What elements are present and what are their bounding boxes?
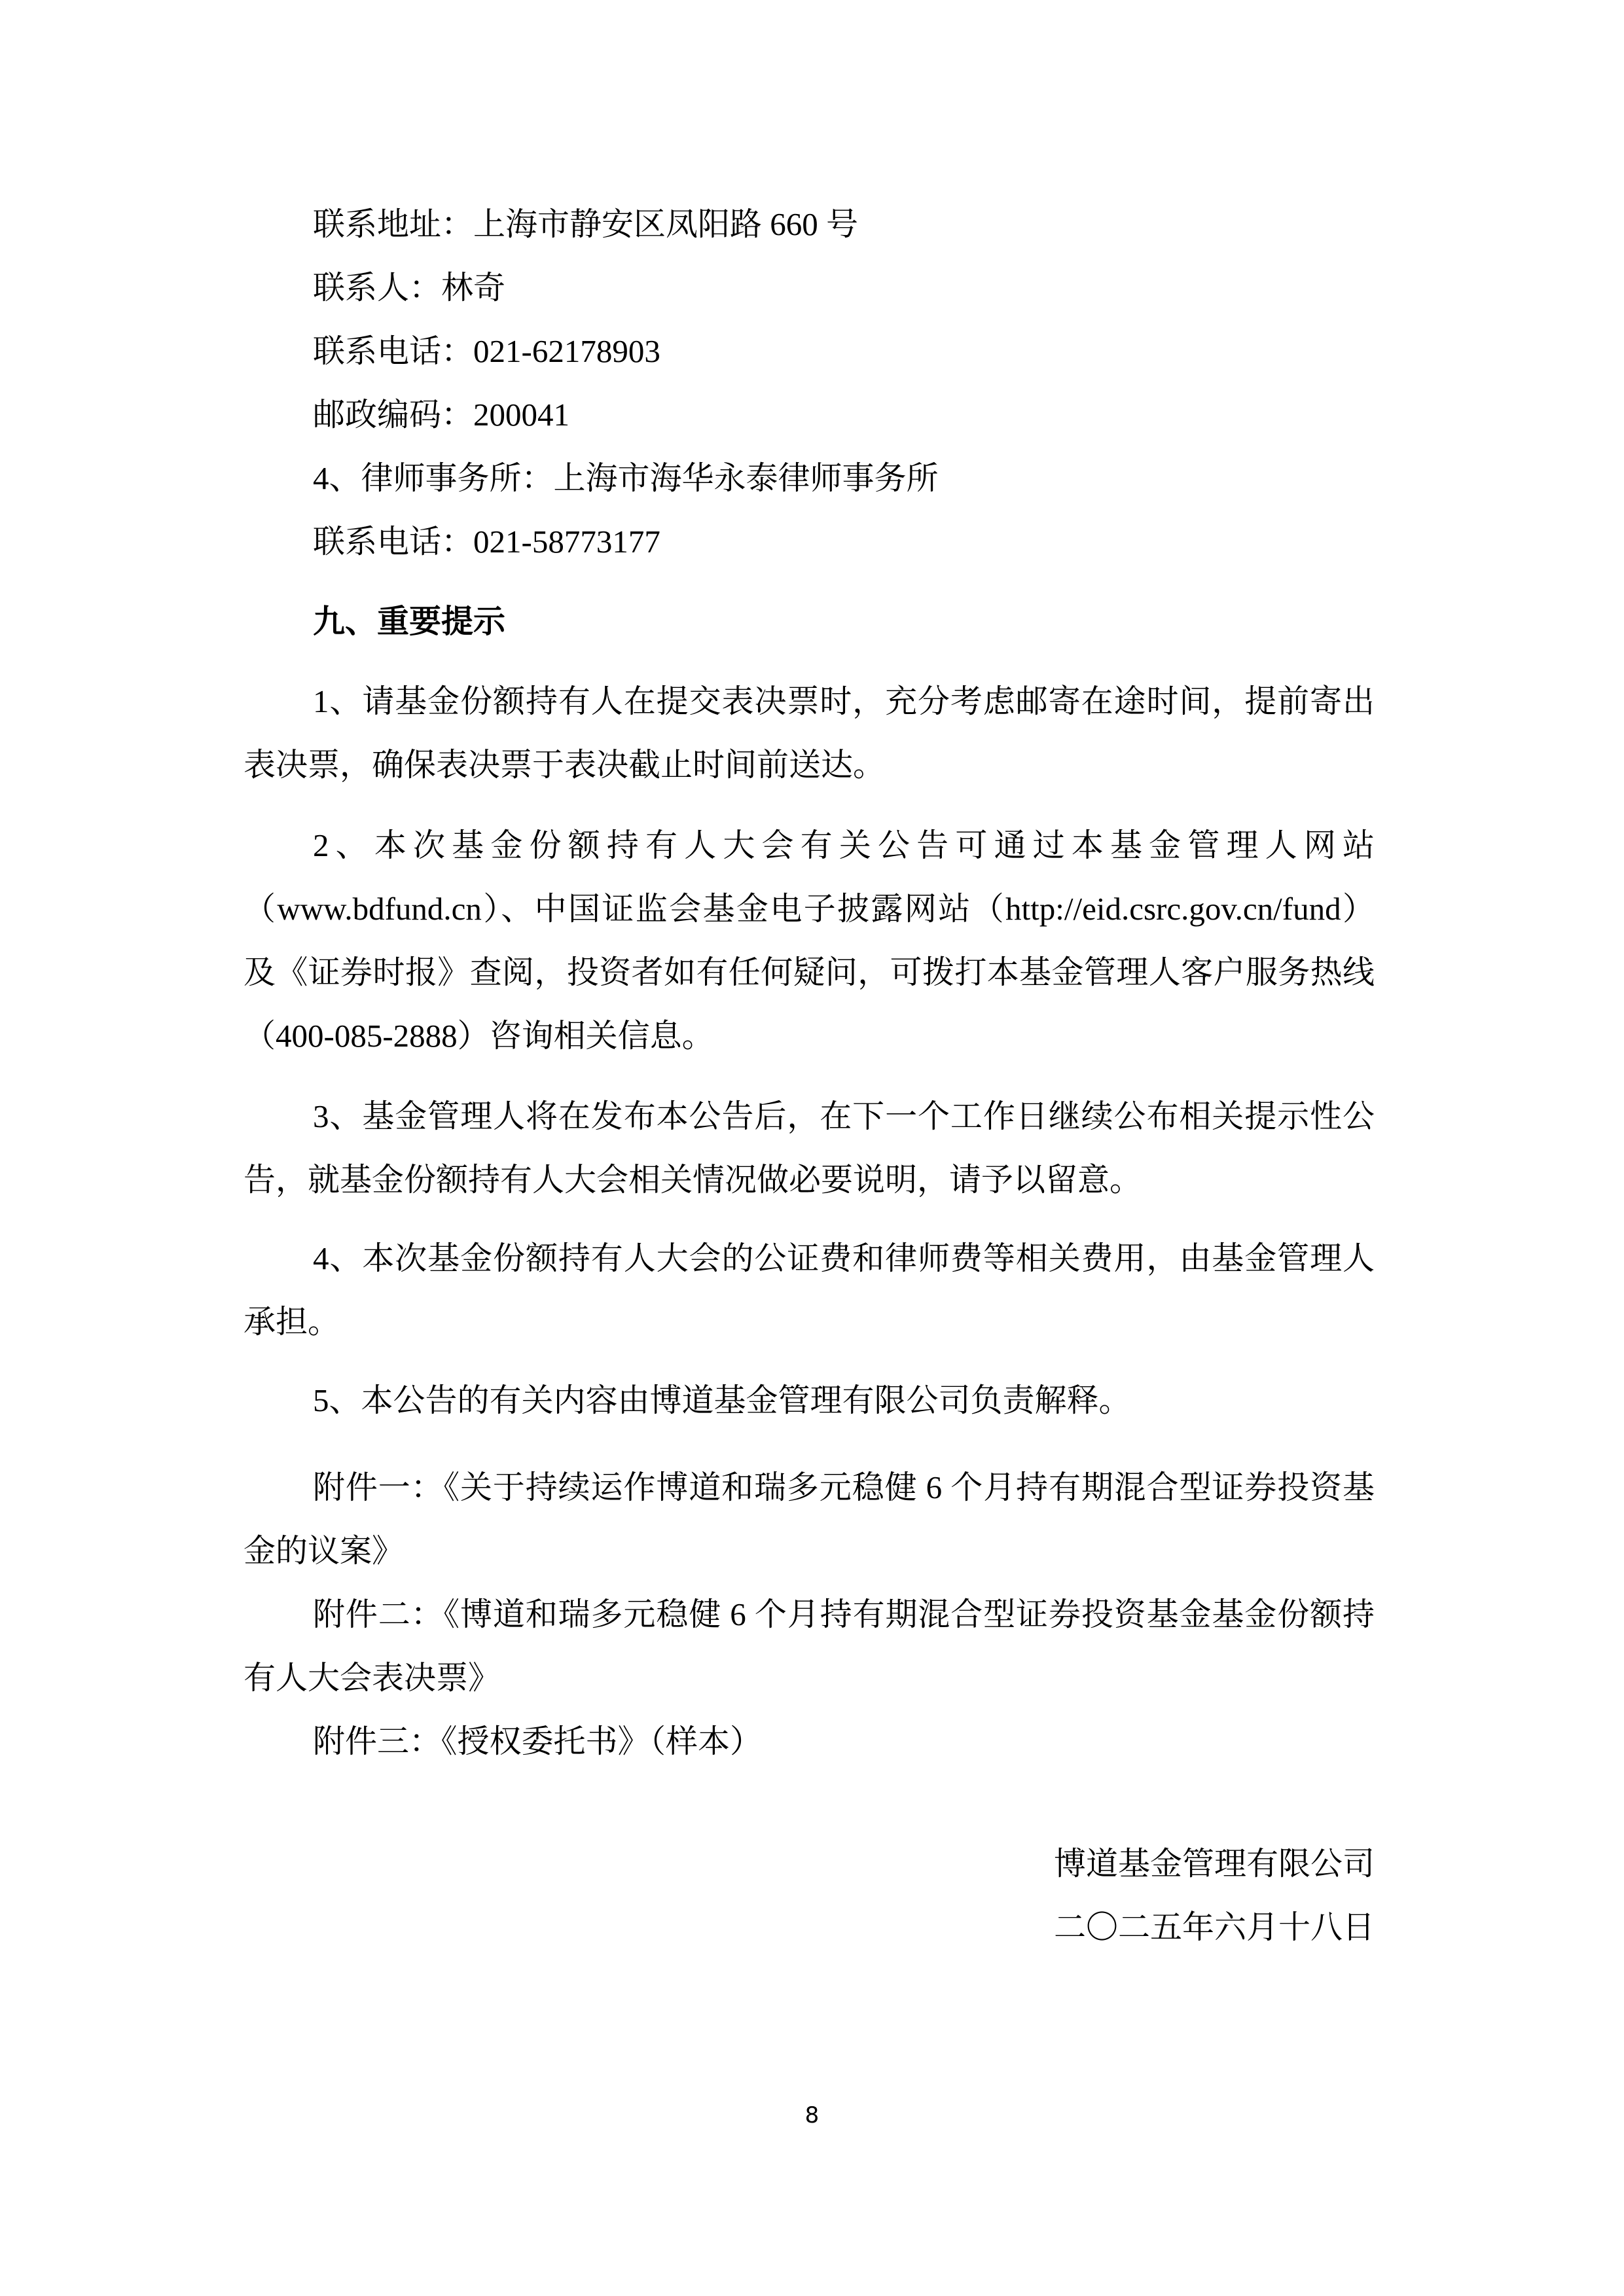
law-firm-phone: 联系电话：021-58773177 [313,522,660,562]
notice-item-4-line-2: 承担。 [244,1302,340,1342]
notice-item-4-line-1: 4、本次基金份额持有人大会的公证费和律师费等相关费用，由基金管理人 [313,1239,1375,1278]
attachment-1-line-2: 金的议案》 [244,1532,404,1571]
law-firm: 4、律师事务所：上海市海华永泰律师事务所 [313,459,939,498]
contact-address: 联系地址：上海市静安区凤阳路 660 号 [313,205,858,244]
attachment-3: 附件三：《授权委托书》（样本） [313,1722,762,1761]
notice-item-3-line-2: 告，就基金份额持有人大会相关情况做必要说明，请予以留意。 [244,1160,1142,1200]
signature-date: 二〇二五年六月十八日 [1054,1908,1375,1947]
contact-phone: 联系电话：021-62178903 [313,332,660,371]
notice-item-1-line-1: 1、请基金份额持有人在提交表决票时，充分考虑邮寄在途时间，提前寄出 [313,682,1375,721]
notice-item-2-line-3: 及《证券时报》查阅，投资者如有任何疑问，可拨打本基金管理人客户服务热线 [244,953,1375,992]
notice-item-5: 5、本公告的有关内容由博道基金管理有限公司负责解释。 [313,1381,1131,1420]
attachment-1-line-1: 附件一：《关于持续运作博道和瑞多元稳健 6 个月持有期混合型证券投资基 [313,1468,1375,1507]
notice-item-3-line-1: 3、基金管理人将在发布本公告后，在下一个工作日继续公布相关提示性公 [313,1097,1375,1136]
page-number: 8 [0,2102,1624,2128]
notice-item-2-line-2: （www.bdfund.cn）、中国证监会基金电子披露网站（http://eid… [244,889,1375,929]
contact-person: 联系人：林奇 [313,268,505,308]
attachment-2-line-1: 附件二：《博道和瑞多元稳健 6 个月持有期混合型证券投资基金基金份额持 [313,1595,1375,1634]
section-heading: 九、重要提示 [313,602,505,641]
notice-item-2-line-1: 2、本次基金份额持有人大会有关公告可通过本基金管理人网站 [313,826,1375,865]
signature-company: 博道基金管理有限公司 [1054,1844,1375,1884]
notice-item-2-line-4: （400-085-2888）咨询相关信息。 [244,1016,714,1056]
attachment-2-line-2: 有人大会表决票》 [244,1659,500,1698]
notice-item-1-line-2: 表决票，确保表决票于表决截止时间前送达。 [244,745,885,785]
contact-postcode: 邮政编码：200041 [313,395,569,435]
